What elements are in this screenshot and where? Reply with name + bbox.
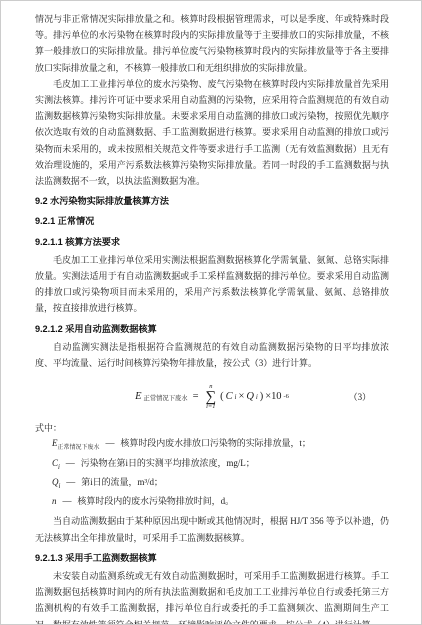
def-subscript-e: 正常情况下废水 <box>57 445 99 451</box>
formula-exponent: -6 <box>284 389 289 405</box>
heading-9-2: 9.2 水污染物实际排放量核算方法 <box>35 193 389 209</box>
formula-q-subscript: i <box>256 389 258 405</box>
def-dash: — <box>105 438 114 448</box>
paragraph-continuation: 情况与非正常情况实际排放量之和。核算时段根据管理需求，可以是季度、年或特殊时段等… <box>35 11 389 76</box>
paragraph-auto-monitoring: 自动监测实测法是指根据符合监测规范的有效自动监测数据污染物的日平均排放浓度、平均… <box>35 339 389 371</box>
def-dash: — <box>66 458 75 468</box>
def-desc-n: 核算时段内的废水污染物排放时间，d。 <box>77 496 234 506</box>
formula-factor: ×10 <box>265 389 281 405</box>
formula-lhs-subscript: 正常情况下废水 <box>144 391 188 407</box>
formula-times: × <box>238 389 244 405</box>
heading-9-2-1: 9.2.1 正常情况 <box>35 213 389 229</box>
formula-lhs-symbol: E <box>135 389 141 405</box>
definition-row-q: Qi—第i日的流量，m³/d； <box>35 475 389 494</box>
def-symbol-n: n <box>52 496 56 506</box>
definition-row-e: E正常情况下废水—核算时段内废水排放口污染物的实际排放量，t； <box>35 436 389 456</box>
summation-symbol: n ∑ i=1 <box>205 384 216 410</box>
formula-3: E正常情况下废水 = n ∑ i=1 (Ci × Qi) ×10-6 （3） <box>35 378 389 416</box>
paragraph-data-interruption: 当自动监测数据由于某种原因出现中断或其他情况时，根据 HJ/T 356 等予以补… <box>35 513 389 545</box>
def-desc-e: 核算时段内废水排放口污染物的实际排放量，t； <box>120 438 310 448</box>
def-desc-c: 污染物在第i日的实测平均排放浓度，mg/L； <box>81 458 255 468</box>
formula-open-paren: ( <box>220 389 223 405</box>
definition-row-c: Ci—污染物在第i日的实测平均排放浓度，mg/L； <box>35 456 389 475</box>
heading-9-2-1-2: 9.2.1.2 采用自动监测数据核算 <box>35 321 389 337</box>
def-desc-q: 第i日的流量，m³/d； <box>81 477 163 487</box>
formula-c-symbol: C <box>226 389 233 405</box>
heading-9-2-1-1: 9.2.1.1 核算方法要求 <box>35 234 389 250</box>
paragraph-method-requirements: 毛皮加工工业排污单位采用实测法根据监测数据核算化学需氧量、氨氮、总铬实际排放量。… <box>35 252 389 317</box>
formula-q-symbol: Q <box>246 389 254 405</box>
definition-row-n: n—核算时段内的废水污染物排放时间，d。 <box>35 494 389 513</box>
document-page: 情况与非正常情况实际排放量之和。核算时段根据管理需求，可以是季度、年或特殊时段等… <box>0 0 422 625</box>
formula-close-paren: ) <box>260 389 263 405</box>
heading-9-2-1-3: 9.2.1.3 采用手工监测数据核算 <box>35 550 389 566</box>
summation-lower-limit: i=1 <box>206 404 215 411</box>
def-dash: — <box>62 496 71 506</box>
def-dash: — <box>66 477 75 487</box>
where-label: 式中： <box>35 420 389 436</box>
formula-equals: = <box>193 389 199 405</box>
formula-number: （3） <box>349 389 371 405</box>
paragraph-accounting-overview: 毛皮加工工业排污单位的废水污染物、废气污染物在核算时段内实际排放量首先采用实测法… <box>35 76 389 189</box>
sigma-icon: ∑ <box>205 391 216 404</box>
page-number: 21 <box>1 603 421 619</box>
formula-expression: E正常情况下废水 = n ∑ i=1 (Ci × Qi) ×10-6 <box>135 384 289 410</box>
def-subscript-c: i <box>58 464 60 471</box>
formula-c-subscript: i <box>235 389 237 405</box>
def-subscript-q: i <box>58 483 60 490</box>
